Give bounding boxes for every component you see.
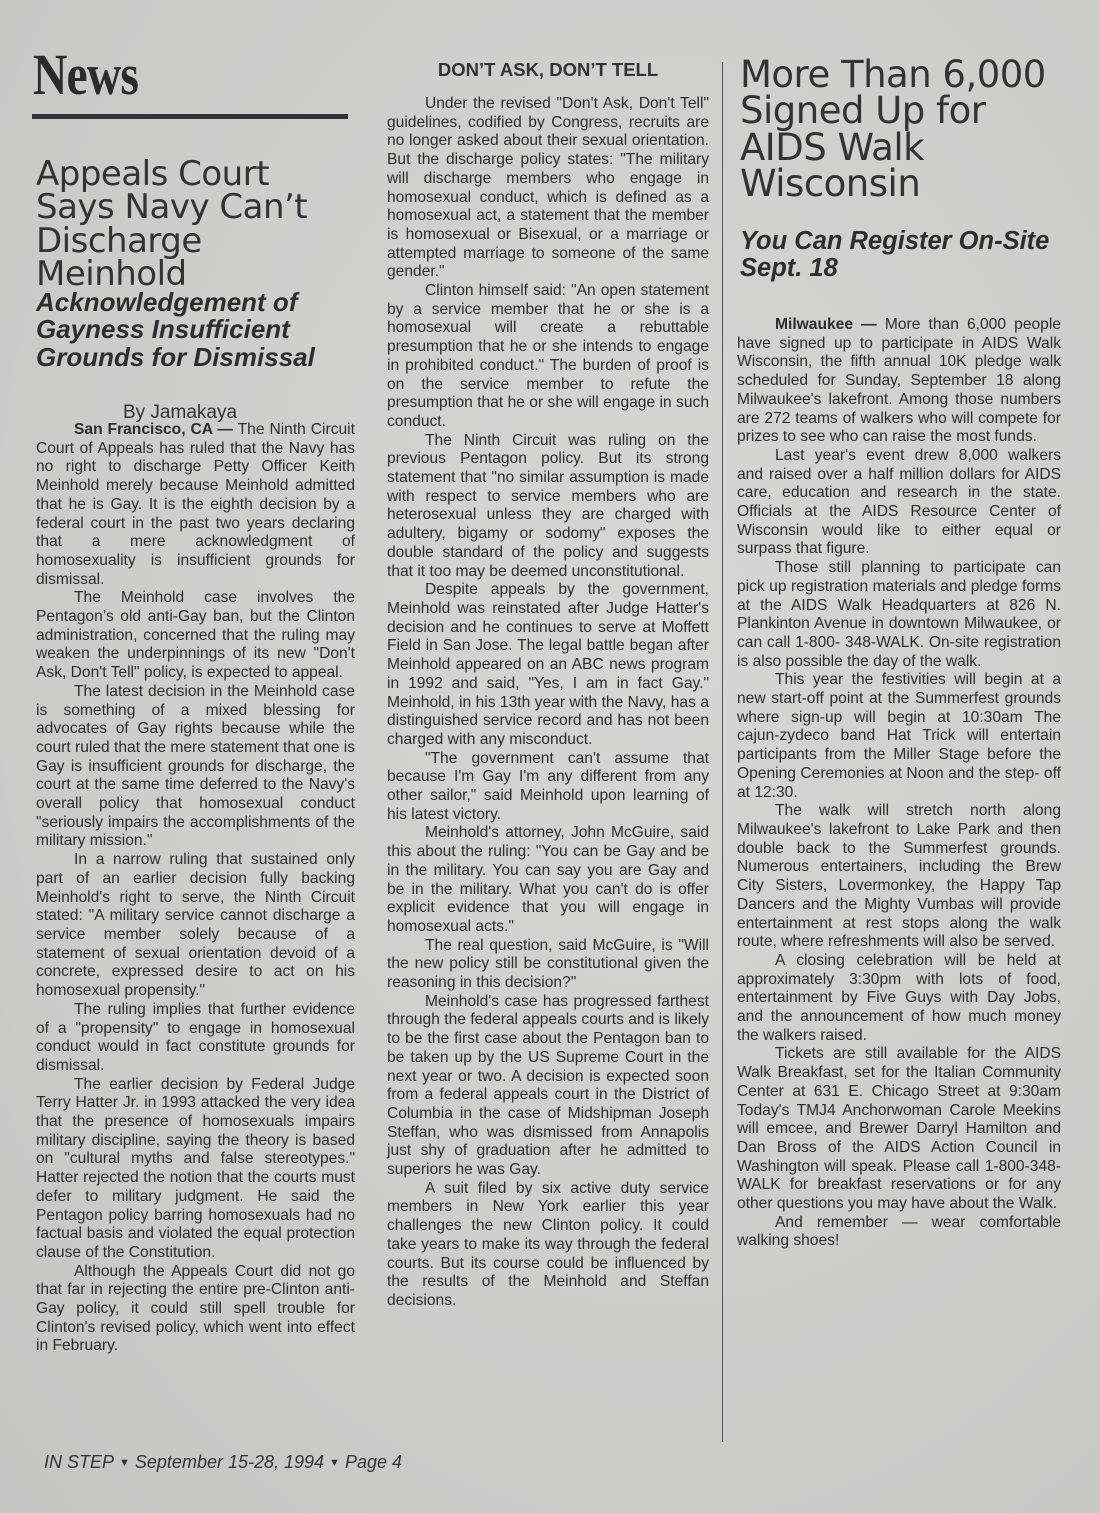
page-footer: IN STEP▼September 15-28, 1994▼Page 4 [44, 1452, 402, 1473]
paragraph: Meinhold's attorney, John McGuire, said … [387, 824, 709, 936]
section-title: News [33, 46, 138, 104]
article-body-aids-walk: Milwaukee — More than 6,000 people have … [737, 316, 1061, 1251]
paragraph: In a narrow ruling that sustained only p… [36, 851, 355, 1001]
paragraph: Under the revised "Don't Ask, Don't Tell… [387, 95, 709, 282]
triangle-separator-icon: ▼ [329, 1457, 340, 1469]
paragraph: Despite appeals by the government, Meinh… [387, 581, 709, 749]
paragraph: Meinhold's case has progressed farthest … [387, 993, 709, 1180]
paragraph: The Ninth Circuit was ruling on the prev… [387, 432, 709, 582]
paragraph: The walk will stretch north along Milwau… [737, 802, 1061, 952]
column-divider [722, 62, 723, 1442]
paragraph: Those still planning to participate can … [737, 559, 1061, 671]
publication-name: IN STEP [44, 1452, 114, 1472]
sidebar-body-dadt: Under the revised "Don't Ask, Don't Tell… [387, 95, 709, 1311]
dateline: Milwaukee — [775, 316, 877, 333]
article-body-meinhold: San Francisco, CA — The Ninth Circuit Co… [36, 421, 355, 1356]
paragraph: The latest decision in the Meinhold case… [36, 683, 355, 851]
paragraph: This year the festivities will begin at … [737, 671, 1061, 802]
triangle-separator-icon: ▼ [119, 1457, 130, 1469]
newspaper-page: News Appeals Court Says Navy Can’t Disch… [0, 0, 1100, 1513]
deck-aids-walk: You Can Register On-Site Sept. 18 [740, 228, 1060, 282]
paragraph: Tickets are still available for the AIDS… [737, 1045, 1061, 1213]
paragraph: A closing celebration will be held at ap… [737, 952, 1061, 1046]
page-number: Page 4 [345, 1452, 402, 1472]
dateline: San Francisco, CA — [74, 421, 233, 438]
paragraph: "The government can't assume that becaus… [387, 750, 709, 825]
paragraph: The Meinhold case involves the Pentagon’… [36, 589, 355, 683]
sidebar-title: DON’T ASK, DON’T TELL [387, 59, 709, 81]
paragraph: The earlier decision by Federal Judge Te… [36, 1076, 355, 1263]
headline-aids-walk: More Than 6,000 Signed Up for AIDS Walk … [740, 57, 1080, 202]
paragraph: San Francisco, CA — The Ninth Circuit Co… [36, 421, 355, 589]
paragraph: The real question, said McGuire, is "Wil… [387, 937, 709, 993]
paragraph: Last year's event drew 8,000 walkers and… [737, 447, 1061, 559]
paragraph: Clinton himself said: "An open statement… [387, 282, 709, 432]
headline-meinhold: Appeals Court Says Navy Can’t Discharge … [36, 158, 356, 291]
paragraph: The ruling implies that further evidence… [36, 1001, 355, 1076]
issue-date: September 15-28, 1994 [135, 1452, 324, 1472]
section-divider [32, 114, 348, 119]
paragraph: Milwaukee — More than 6,000 people have … [737, 316, 1061, 447]
paragraph: And remember — wear comfortable walking … [737, 1214, 1061, 1251]
deck-meinhold: Acknowledgement of Gayness Insufficient … [36, 289, 358, 371]
paragraph: A suit filed by six active duty service … [387, 1180, 709, 1311]
paragraph: Although the Appeals Court did not go th… [36, 1263, 355, 1357]
